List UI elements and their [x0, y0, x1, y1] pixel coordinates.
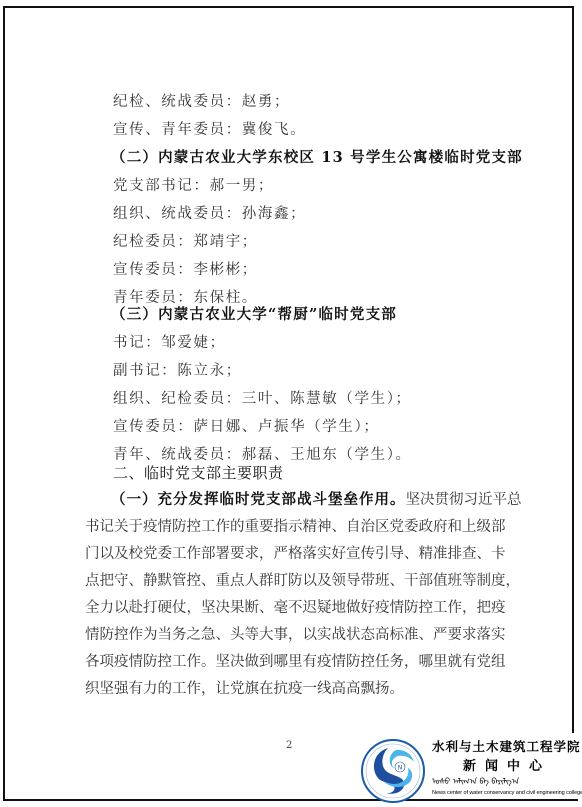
paragraph-first-line: （一）充分发挥临时党支部战斗堡垒作用。坚决贯彻习近平总: [111, 490, 499, 510]
paragraph-line: 织坚强有力的工作，让党旗在抗疫一线高高飘扬。: [85, 679, 499, 699]
member-line: 组织、统战委员：孙海鑫；: [113, 204, 306, 224]
paragraph-line: 门以及校党委工作部署要求，严格落实好宣传引导、精准排查、卡: [85, 544, 499, 564]
member-line: 纪检、统战委员：赵勇；: [113, 92, 290, 112]
paragraph-first-line-rest: 坚决贯彻习近平总: [406, 492, 522, 508]
section-heading: 二、临时党支部主要职责: [113, 463, 284, 483]
svg-text:N: N: [398, 765, 403, 772]
branch-heading-2: （二）内蒙古农业大学东校区 13 号学生公寓楼临时党支部: [111, 148, 523, 168]
watermark-english-text: News center of water conservancy and civ…: [432, 790, 582, 796]
page-frame-bottom: [3, 799, 578, 801]
member-line: 宣传、青年委员：冀俊飞。: [113, 120, 306, 140]
member-line: 纪检委员：郑靖宇；: [113, 232, 258, 252]
page-number: 2: [286, 740, 292, 751]
paragraph-line: 点把守、静默管控、重点人群盯防以及领导带班、干部值班等制度，: [85, 571, 499, 591]
watermark-news-center: 新闻中心: [463, 755, 551, 774]
branch-heading-3: （三）内蒙古农业大学“帮厨”临时党支部: [111, 305, 397, 325]
watermark-college-name: 水利与土木建筑工程学院: [432, 737, 581, 755]
member-line: 组织、纪检委员：三叶、陈慧敏（学生）；: [113, 389, 412, 409]
member-line: 宣传委员：李彬彬；: [113, 260, 258, 280]
paragraph-line: 全力以赴打硬仗，坚决果断、毫不迟疑地做好疫情防控工作，把疫: [85, 598, 499, 618]
college-logo-icon: N: [360, 738, 426, 804]
member-line: 宣传委员：萨日娜、卢振华（学生）；: [113, 417, 379, 437]
member-line: 副书记：陈立永；: [113, 361, 242, 381]
paragraph-line: 书记关于疫情防控工作的重要指示精神、自治区党委政府和上级部: [85, 517, 499, 537]
member-line: 青年、统战委员：郝磊、王旭东（学生）。: [113, 445, 412, 465]
watermark-mongolian-text: ᠤᠰᠤ ᠠᠯᠢᠭ᠎ᠠ ᠪᠠ ᠪᠠᠷᠢᠯᠭ᠎ᠠ: [432, 773, 519, 787]
member-line: 书记：邹爱婕；: [113, 333, 226, 353]
paragraph-line: 各项疫情防控工作。坚决做到哪里有疫情防控任务，哪里就有党组: [85, 652, 499, 672]
member-line: 党支部书记：郝一男；: [113, 176, 274, 196]
paragraph-line: 情防控作为当务之急、头等大事，以实战状态高标准、严要求落实: [85, 625, 499, 645]
paragraph-lead-bold: （一）充分发挥临时党支部战斗堡垒作用。: [111, 491, 406, 508]
